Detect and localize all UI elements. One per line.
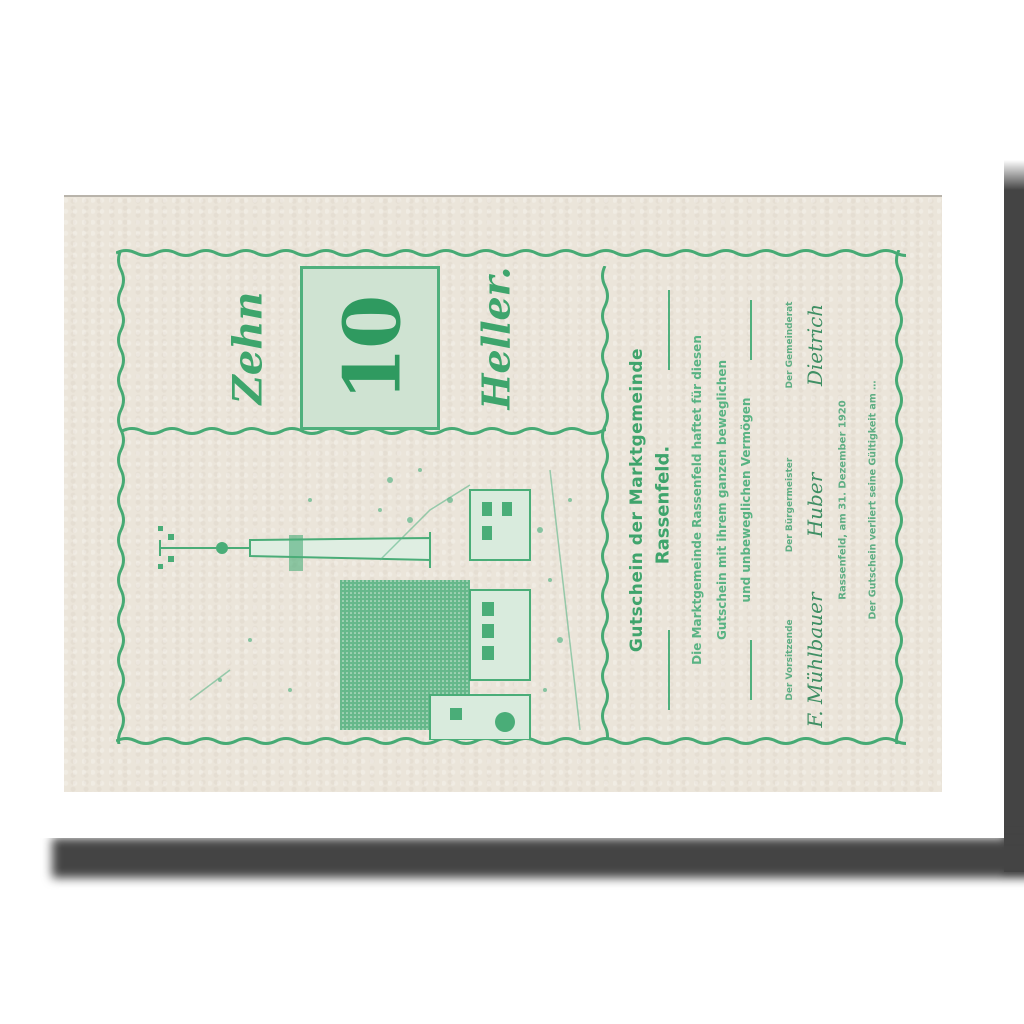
- signature-chair: F. Mühlbauer: [803, 592, 827, 727]
- body-line-1: Die Marktgemeinde Rassenfeld haftet für …: [690, 335, 704, 665]
- divider-rule: [750, 640, 752, 700]
- denomination-word: Zehn: [225, 292, 272, 405]
- denomination-numeral: 10: [328, 297, 419, 402]
- drop-shadow-bottom: [52, 838, 1024, 878]
- drop-shadow-fade: [1004, 160, 1024, 190]
- signature-council: Dietrich: [803, 304, 827, 386]
- border-top: [116, 246, 906, 260]
- signature-mayor: Huber: [803, 473, 827, 538]
- church-illustration: [130, 440, 600, 740]
- border-divider: [598, 266, 612, 740]
- divider-rule: [668, 290, 670, 370]
- denomination-unit: Heller.: [474, 267, 519, 410]
- body-line-3: und unbeweglichen Vermögen: [739, 398, 753, 603]
- validity-footer: Der Gutschein verliert seine Gültigkeit …: [868, 380, 879, 619]
- body-line-2: Gutschein mit ihrem ganzen beweglichen: [715, 360, 729, 640]
- drop-shadow-right: [1004, 172, 1024, 872]
- note-title: Gutschein der Marktgemeinde: [627, 348, 647, 652]
- divider-rule: [668, 630, 670, 710]
- signature-label-mayor: Der Bürgermeister: [785, 458, 795, 553]
- border-left: [114, 250, 128, 744]
- signature-label-council: Der Gemeinderat: [785, 302, 795, 389]
- denomination-panel: 10: [300, 266, 440, 430]
- issue-date: Rassenfeld, am 31. Dezember 1920: [838, 400, 849, 599]
- divider-rule: [750, 300, 752, 360]
- signature-label-chair: Der Vorsitzende: [785, 619, 795, 700]
- issuer-place: Rassenfeld.: [653, 446, 674, 564]
- border-right: [892, 250, 906, 744]
